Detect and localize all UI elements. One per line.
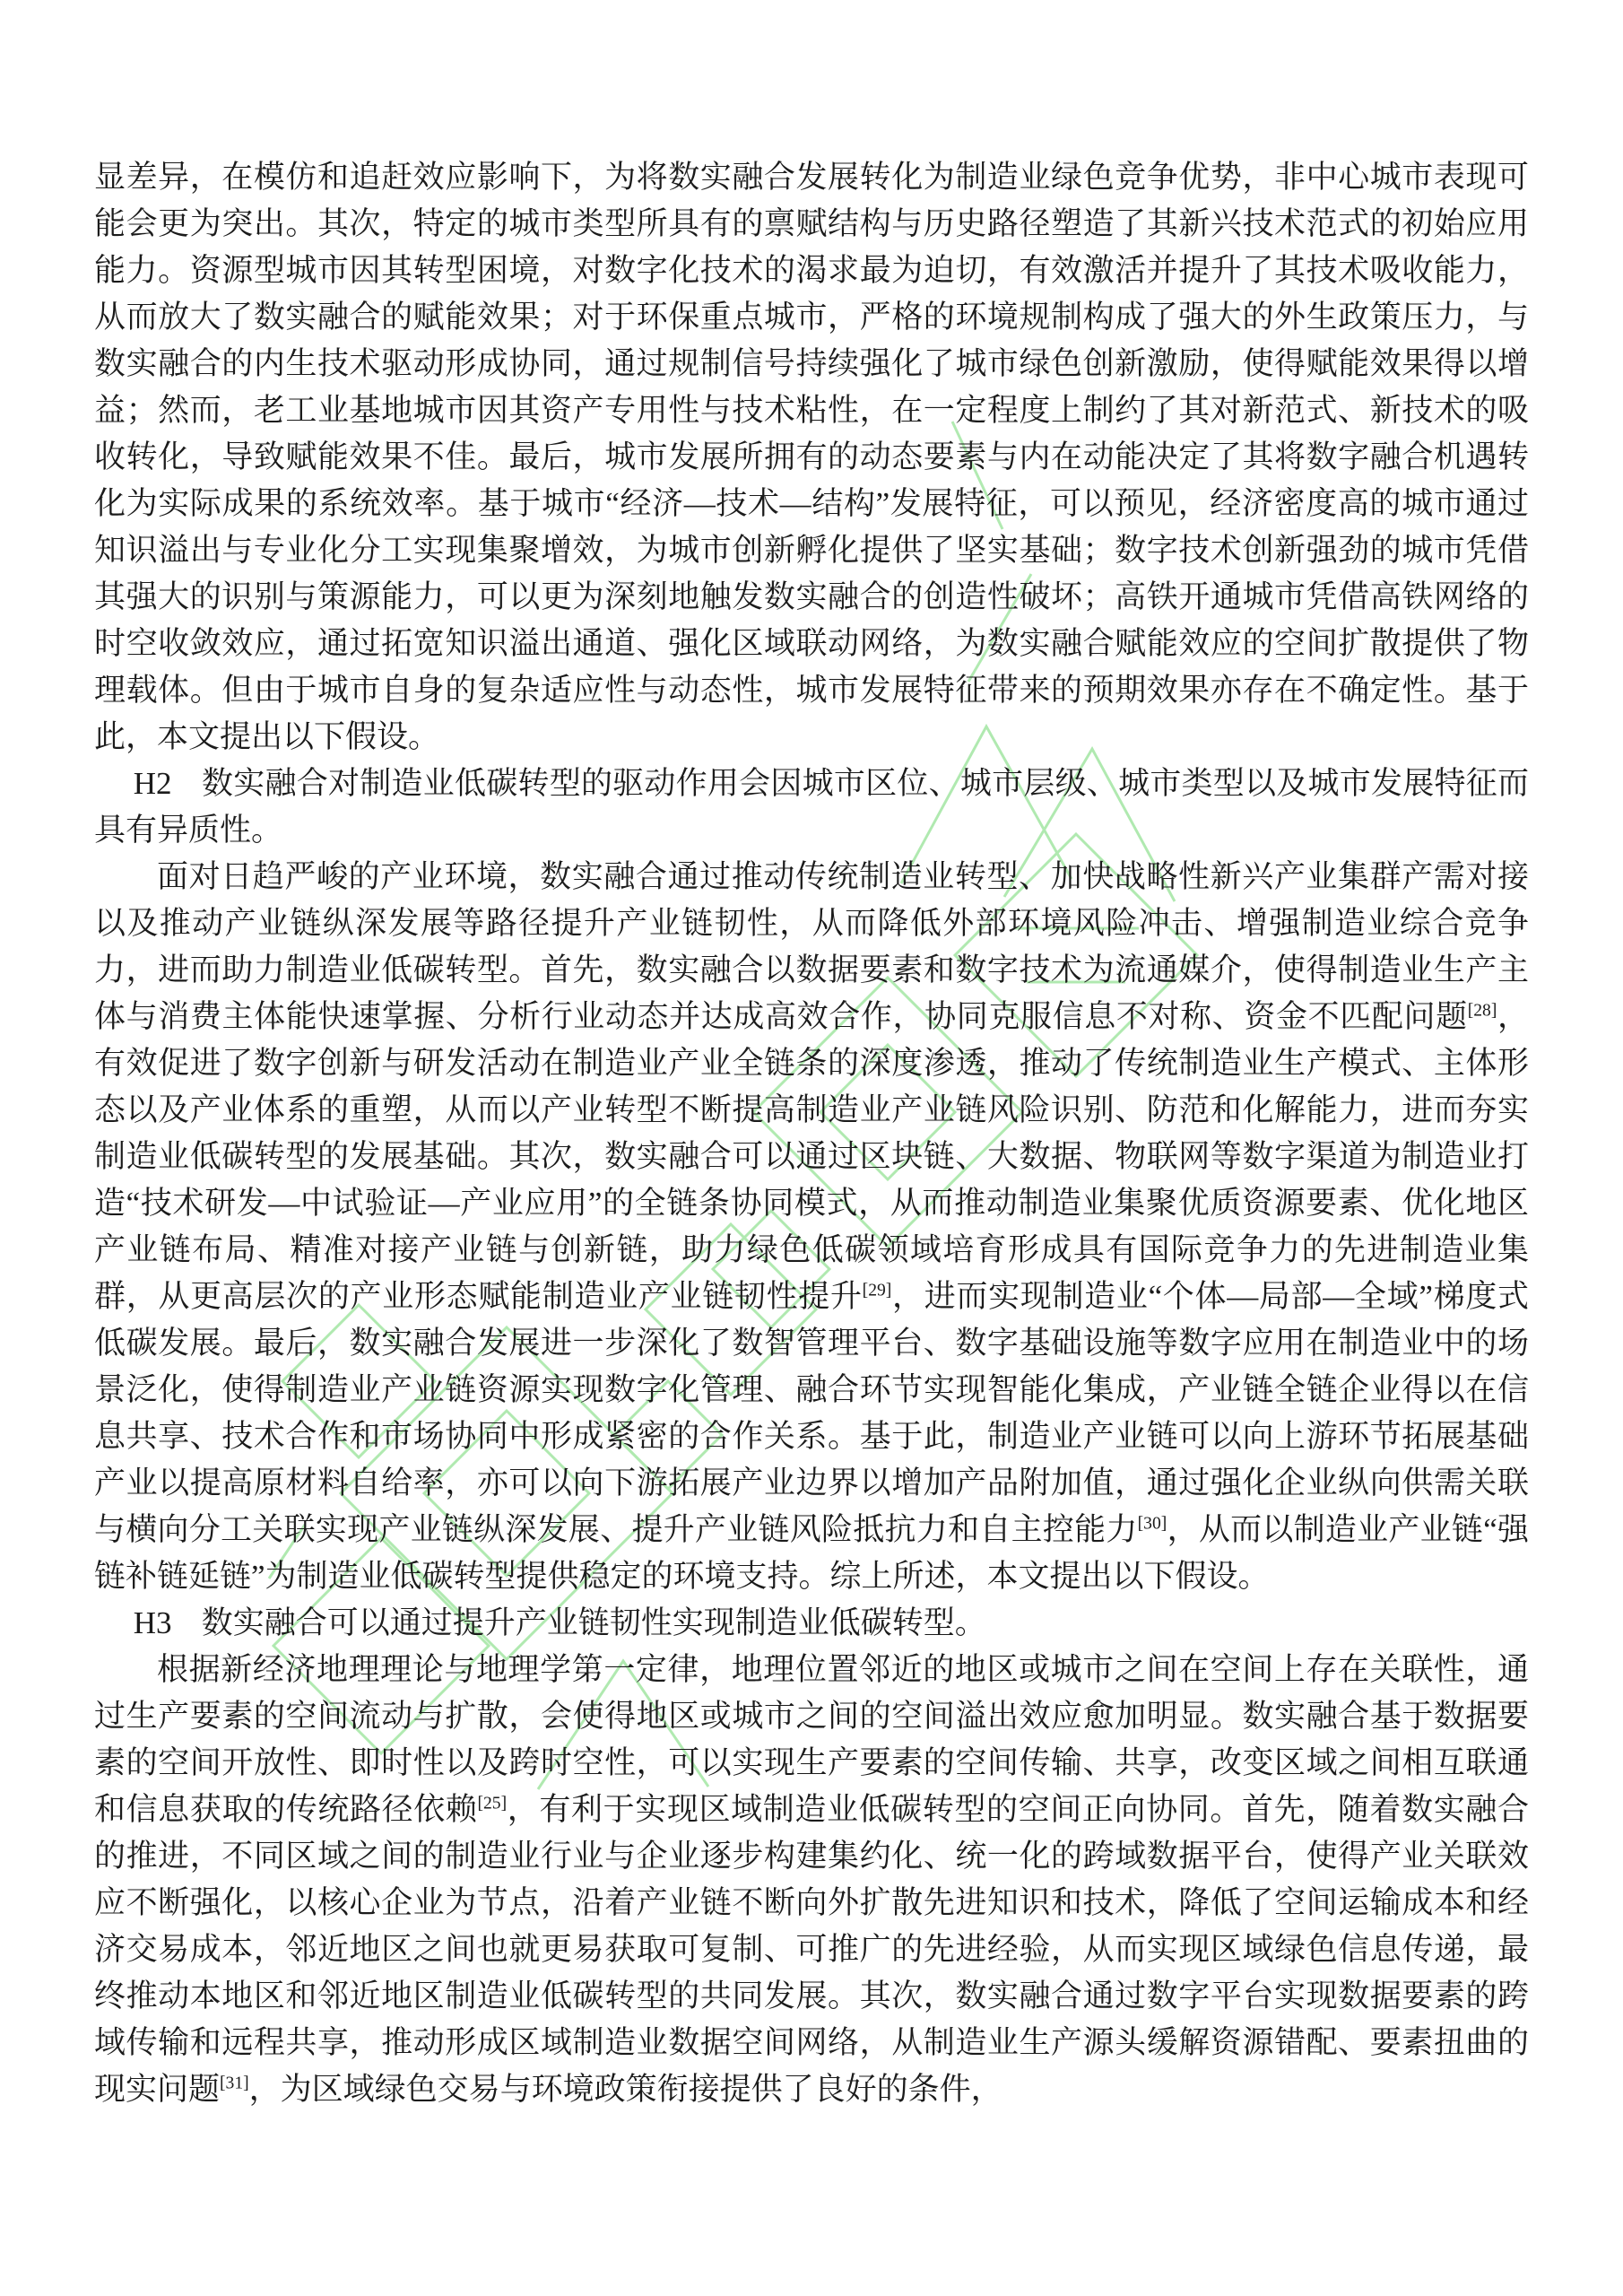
citation-reference: [28] — [1468, 1001, 1497, 1020]
hypothesis-paragraph: H2数实融合对制造业低碳转型的驱动作用会因城市区位、城市层级、城市类型以及城市发… — [94, 761, 1529, 854]
hypothesis-paragraph: H3数实融合可以通过提升产业链韧性实现制造业低碳转型。 — [94, 1600, 1529, 1647]
page-text: 显差异，在模仿和追赶效应影响下，为将数实融合发展转化为制造业绿色竞争优势，非中心… — [94, 154, 1529, 2113]
citation-reference: [29] — [863, 1281, 892, 1300]
body-paragraph: 根据新经济地理理论与地理学第一定律，地理位置邻近的地区或城市之间在空间上存在关联… — [94, 1647, 1529, 2113]
hypothesis-label: H2 — [134, 766, 172, 801]
body-paragraph: 面对日趋严峻的产业环境，数实融合通过推动传统制造业转型、加快战略性新兴产业集群产… — [94, 854, 1529, 1600]
hypothesis-label: H3 — [134, 1605, 172, 1640]
citation-reference: [30] — [1138, 1514, 1167, 1533]
citation-reference: [31] — [220, 2074, 249, 2092]
citation-reference: [25] — [477, 1794, 507, 1813]
body-paragraph: 显差异，在模仿和追赶效应影响下，为将数实融合发展转化为制造业绿色竞争优势，非中心… — [94, 154, 1529, 761]
